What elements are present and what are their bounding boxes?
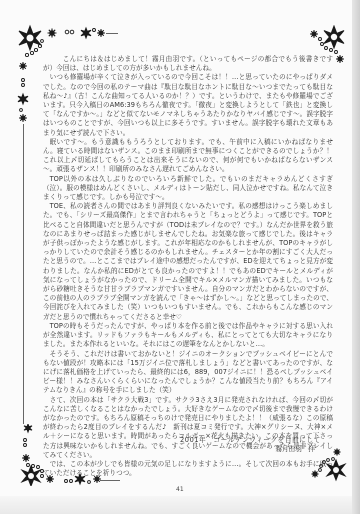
document-page: こんにちは＆はじめまして！霧月由羽です。（といってもページの都合でもう後書きです… — [0, 0, 352, 514]
page-gutter — [352, 0, 360, 514]
paragraph: 眠いです～。もう意識ももうろうとしております。でも、午前中に入稿にいかねばなりま… — [43, 138, 333, 175]
flower-corner-bottom-right-icon — [307, 448, 349, 482]
paragraph: そうそう、これだけは書いておかないと！ジイニのオークションでプッシュベイビーにと… — [43, 350, 333, 396]
border-line-bottom — [100, 480, 120, 481]
paragraph: TOP以外の本は久しぶりなのでいろいろ新鮮でした。でもいのまだキャラめんどくさす… — [43, 175, 333, 203]
signoff-date: 2001年 ゴールデンウィークを目前にして — [170, 436, 335, 445]
paragraph: TOE、私の読者さんの間ではあまり評判良くないみたいです。私の感想はけっこう楽し… — [43, 202, 333, 322]
afterword-body: こんにちは＆はじめまして！霧月由羽です。（といってもページの都合でもう後書きです… — [43, 55, 333, 478]
border-line-top — [106, 33, 118, 34]
scan-shadow — [0, 496, 352, 514]
paragraph: TOPの時もそうだったんですが、やっぱり本を作る前と後では作品やキャラに対する思… — [43, 322, 333, 350]
page-number: 41 — [176, 486, 184, 493]
border-line-left — [23, 124, 24, 424]
flower-corner-bottom-left-icon — [18, 424, 123, 486]
paragraph: こんにちは＆はじめまして！霧月由羽です。（といってもページの都合でもう後書きです… — [43, 55, 333, 73]
paragraph: いつも修羅場が辛くて泣きが入っているので今回こそは！！…と思っていたのにやっぱり… — [43, 73, 333, 137]
